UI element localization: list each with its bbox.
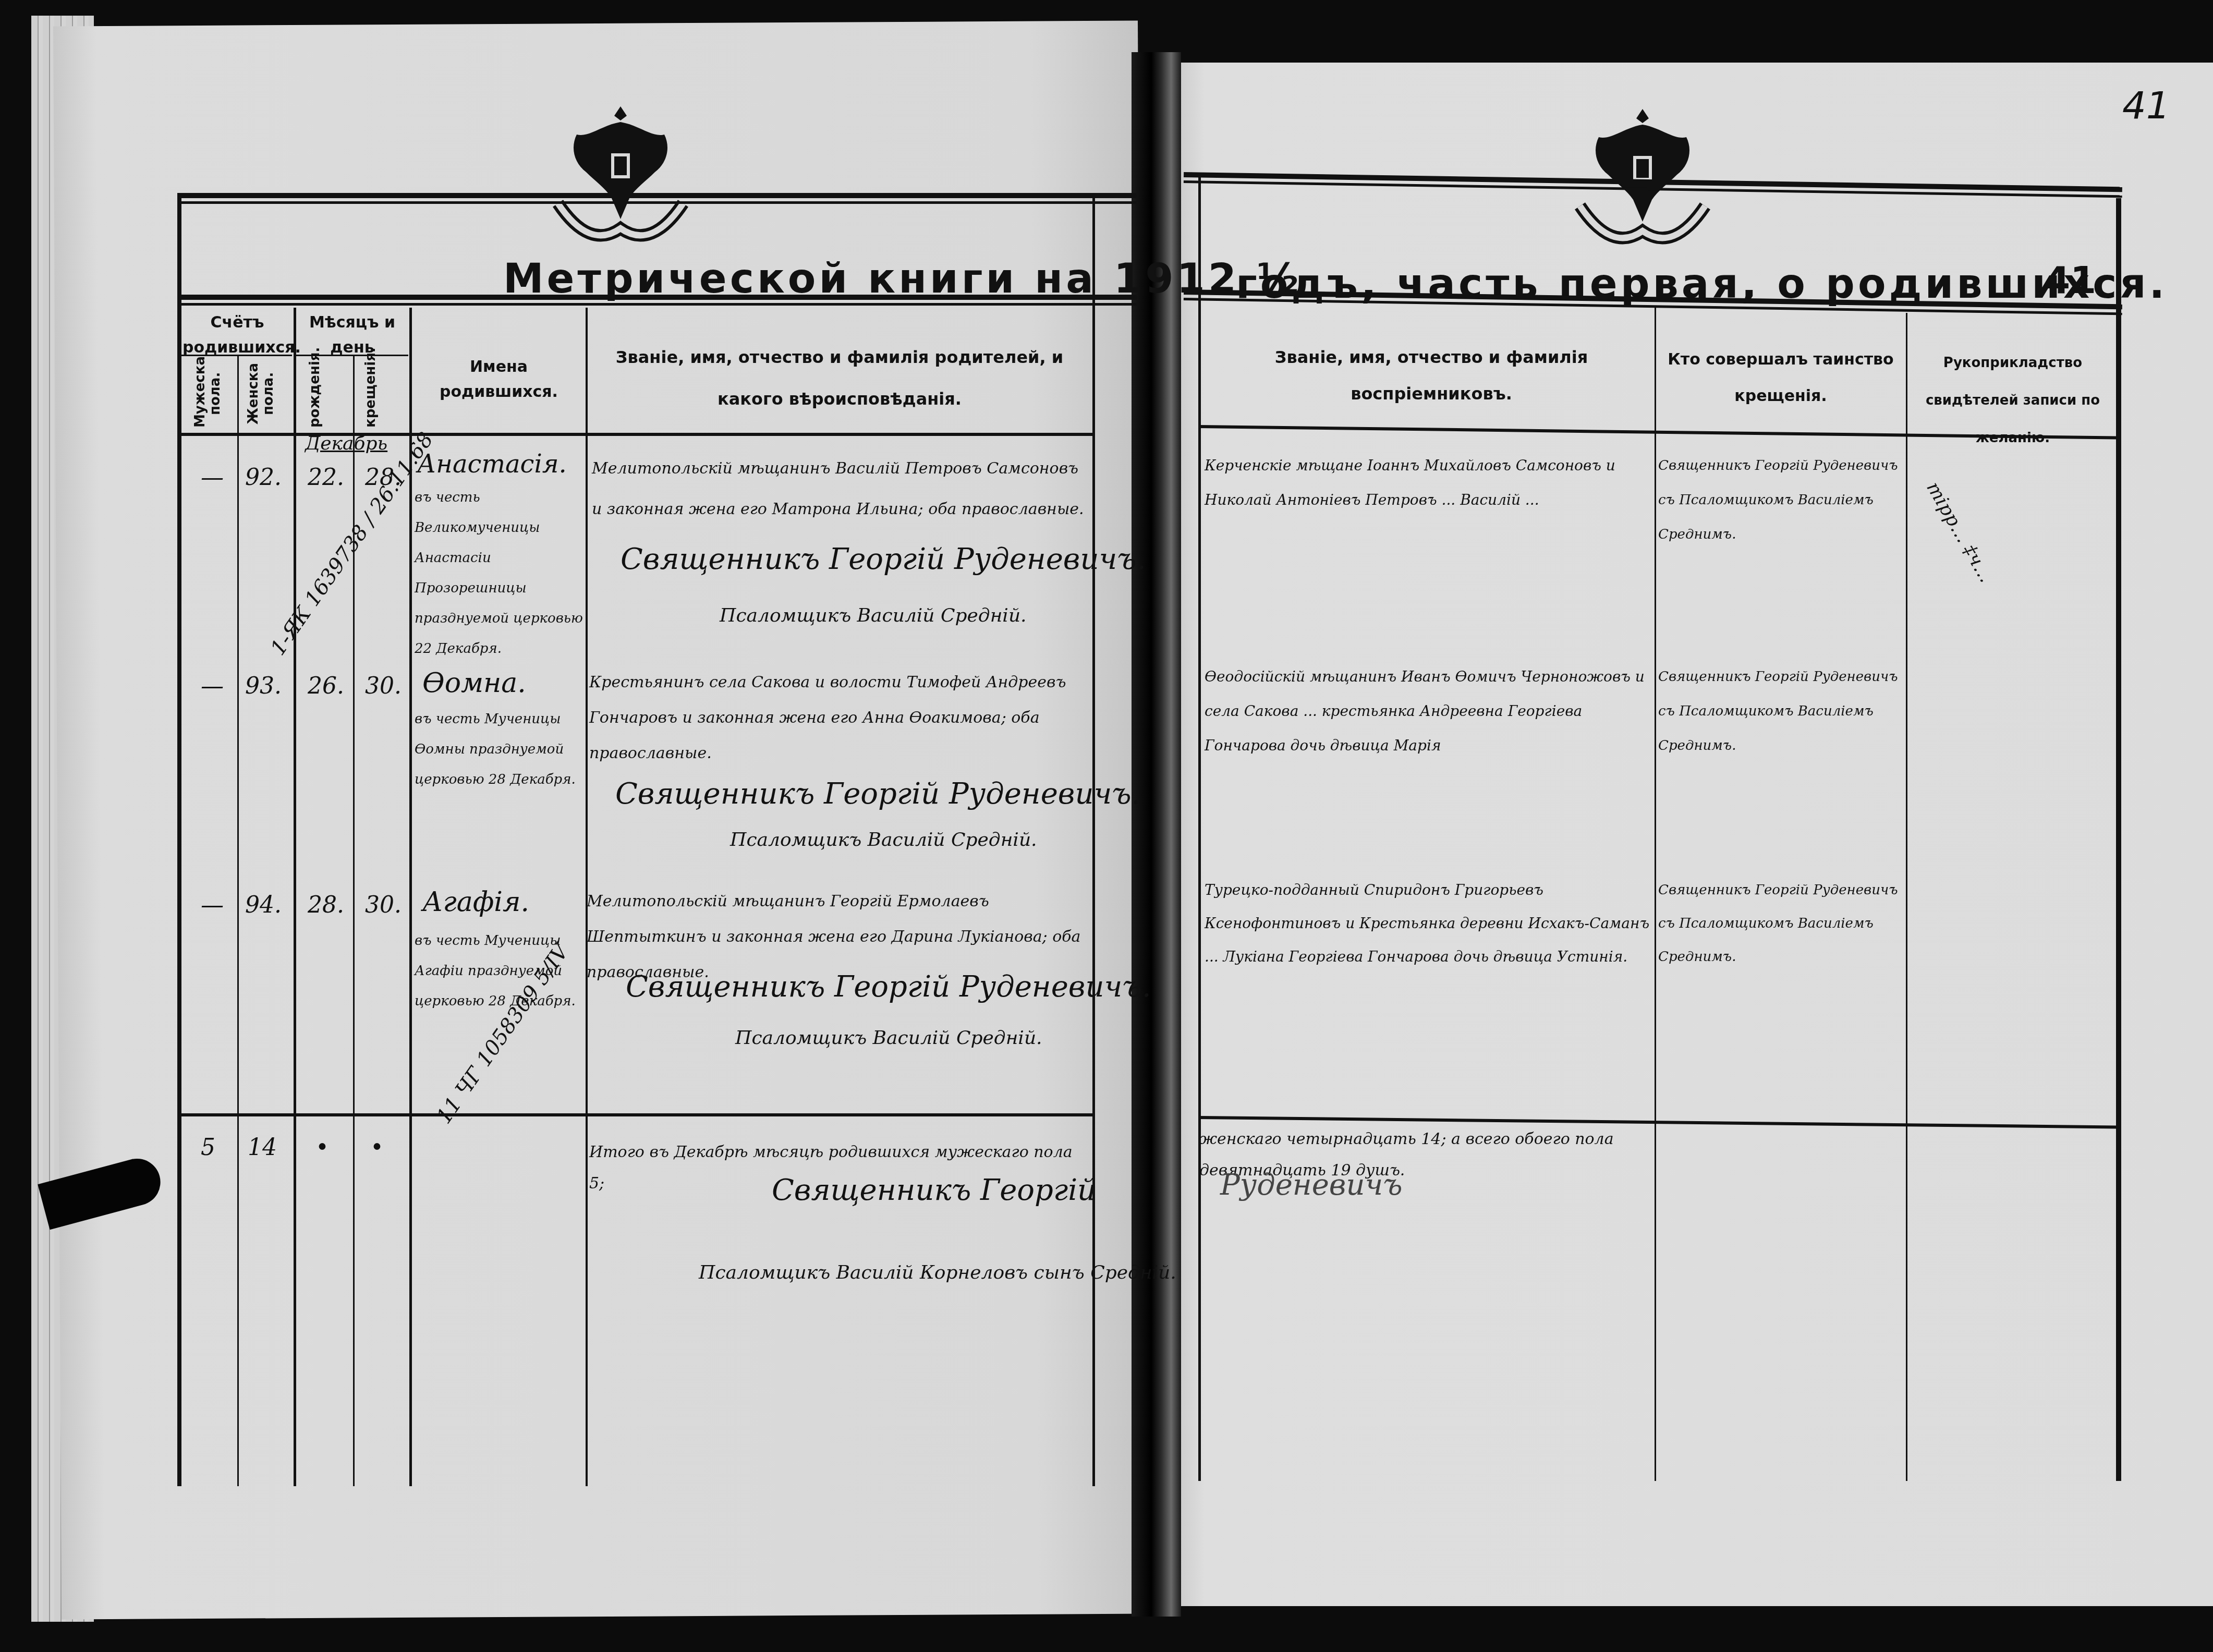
entry1-psalmist-signature: Псаломщикъ Василій Средній. bbox=[720, 605, 1027, 626]
header-officiant: Кто совершалъ таинство крещенія. bbox=[1661, 342, 1901, 415]
summary-male-total: 5 bbox=[201, 1134, 215, 1161]
col-line bbox=[1906, 313, 1907, 1481]
col-line bbox=[294, 308, 296, 1486]
entry3-baptism-day: 30. bbox=[365, 892, 402, 918]
entry2-parents: Крестьянинъ села Сакова и волости Тимофе… bbox=[589, 665, 1087, 771]
entry1-name: Анастасія. bbox=[417, 448, 584, 480]
left-summary-line bbox=[177, 1113, 1095, 1116]
summary-psalmist-signature: Псаломщикъ Василій Корнеловъ сынъ Средні… bbox=[699, 1262, 1176, 1283]
entry3-birth-day: 28. bbox=[308, 892, 344, 918]
imperial-eagle-emblem-left bbox=[542, 94, 699, 250]
entry3-priest-signature: Священникъ Георгій Руденевичъ. bbox=[626, 970, 1151, 1004]
header-witnesses: Рукоприкладство свидѣтелей записи по жел… bbox=[1911, 344, 2114, 457]
folio-number: 41 bbox=[2122, 83, 2170, 127]
right-frame-right bbox=[2116, 198, 2121, 1481]
entry2-birth-day: 26. bbox=[308, 673, 344, 699]
entry1-female: 92. bbox=[245, 464, 282, 491]
left-frame-right bbox=[1092, 193, 1095, 1486]
right-frame-left bbox=[1198, 177, 1201, 1481]
summary-baptism-mark: • bbox=[370, 1134, 384, 1161]
entry3-name: Агафія. bbox=[422, 886, 584, 918]
entry1-month: Декабрь bbox=[305, 433, 387, 454]
left-frame-left bbox=[177, 193, 181, 1486]
entry1-birth-day: 22. bbox=[308, 464, 344, 491]
entry1-officiant: Священникъ Георгій Руденевичъ съ Псаломщ… bbox=[1658, 448, 1903, 552]
entry2-name-note: въ честь Мученицы Ѳомны празднуемой церк… bbox=[415, 704, 584, 795]
entry3-godparents: Турецко-подданный Спиридонъ Григорьевъ К… bbox=[1205, 873, 1653, 974]
header-baptism: крещенія. bbox=[363, 360, 400, 428]
entry2-psalmist-signature: Псаломщикъ Василій Средній. bbox=[730, 829, 1037, 851]
header-birth: рожденія. bbox=[308, 360, 344, 428]
entry3-officiant: Священникъ Георгій Руденевичъ съ Псаломщ… bbox=[1658, 873, 1903, 974]
entry2-priest-signature: Священникъ Георгій Руденевичъ. bbox=[615, 777, 1140, 811]
header-male: Мужеска пола. bbox=[193, 360, 229, 428]
summary-female-total: 14 bbox=[248, 1134, 277, 1161]
entry2-officiant: Священникъ Георгій Руденевичъ съ Псаломщ… bbox=[1658, 660, 1903, 763]
header-female: Женска пола. bbox=[246, 360, 283, 428]
entry1-godparents: Керченскіе мѣщане Іоаннъ Михайловъ Самсо… bbox=[1205, 448, 1653, 517]
summary-birth-mark: • bbox=[315, 1134, 329, 1161]
entry3-female: 94. bbox=[245, 892, 282, 918]
header-names: Имена родившихся. bbox=[412, 355, 586, 405]
header-count: Счётъ родившихся. bbox=[183, 310, 292, 360]
left-top-border bbox=[177, 193, 1137, 204]
entry3-psalmist-signature: Псаломщикъ Василій Средній. bbox=[735, 1027, 1042, 1049]
header-godparents: Званіе, имя, отчество и фамилія воспріем… bbox=[1215, 339, 1648, 412]
entry1-parents: Мелитопольскій мѣщанинъ Василій Петровъ … bbox=[592, 448, 1087, 530]
entry2-godparents: Ѳеодосійскій мѣщанинъ Иванъ Ѳомичъ Черно… bbox=[1205, 660, 1653, 763]
entry1-priest-signature: Священникъ Георгій Руденевичъ. bbox=[621, 542, 1146, 576]
left-header-border bbox=[177, 295, 1137, 306]
col-line bbox=[237, 355, 239, 1486]
entry3-male: — bbox=[201, 892, 224, 918]
entry2-female: 93. bbox=[245, 673, 282, 699]
entry2-male: — bbox=[201, 673, 224, 699]
printed-page-number: 41 bbox=[2044, 258, 2096, 302]
header-parents: Званіе, имя, отчество и фамилія родителе… bbox=[594, 336, 1085, 420]
col-line bbox=[1655, 308, 1656, 1481]
entry2-baptism-day: 30. bbox=[365, 673, 402, 699]
entry1-name-note: въ честь Великомученицы Анастасіи Прозор… bbox=[415, 482, 584, 664]
summary-priest-signature-right: Руденевичъ bbox=[1220, 1168, 1403, 1202]
entry1-male: — bbox=[201, 464, 224, 491]
col-line bbox=[409, 308, 412, 1486]
summary-priest-signature-left: Священникъ Георгій bbox=[772, 1173, 1096, 1207]
imperial-eagle-emblem-right bbox=[1564, 96, 1721, 253]
entry2-name: Ѳомна. bbox=[422, 667, 584, 699]
